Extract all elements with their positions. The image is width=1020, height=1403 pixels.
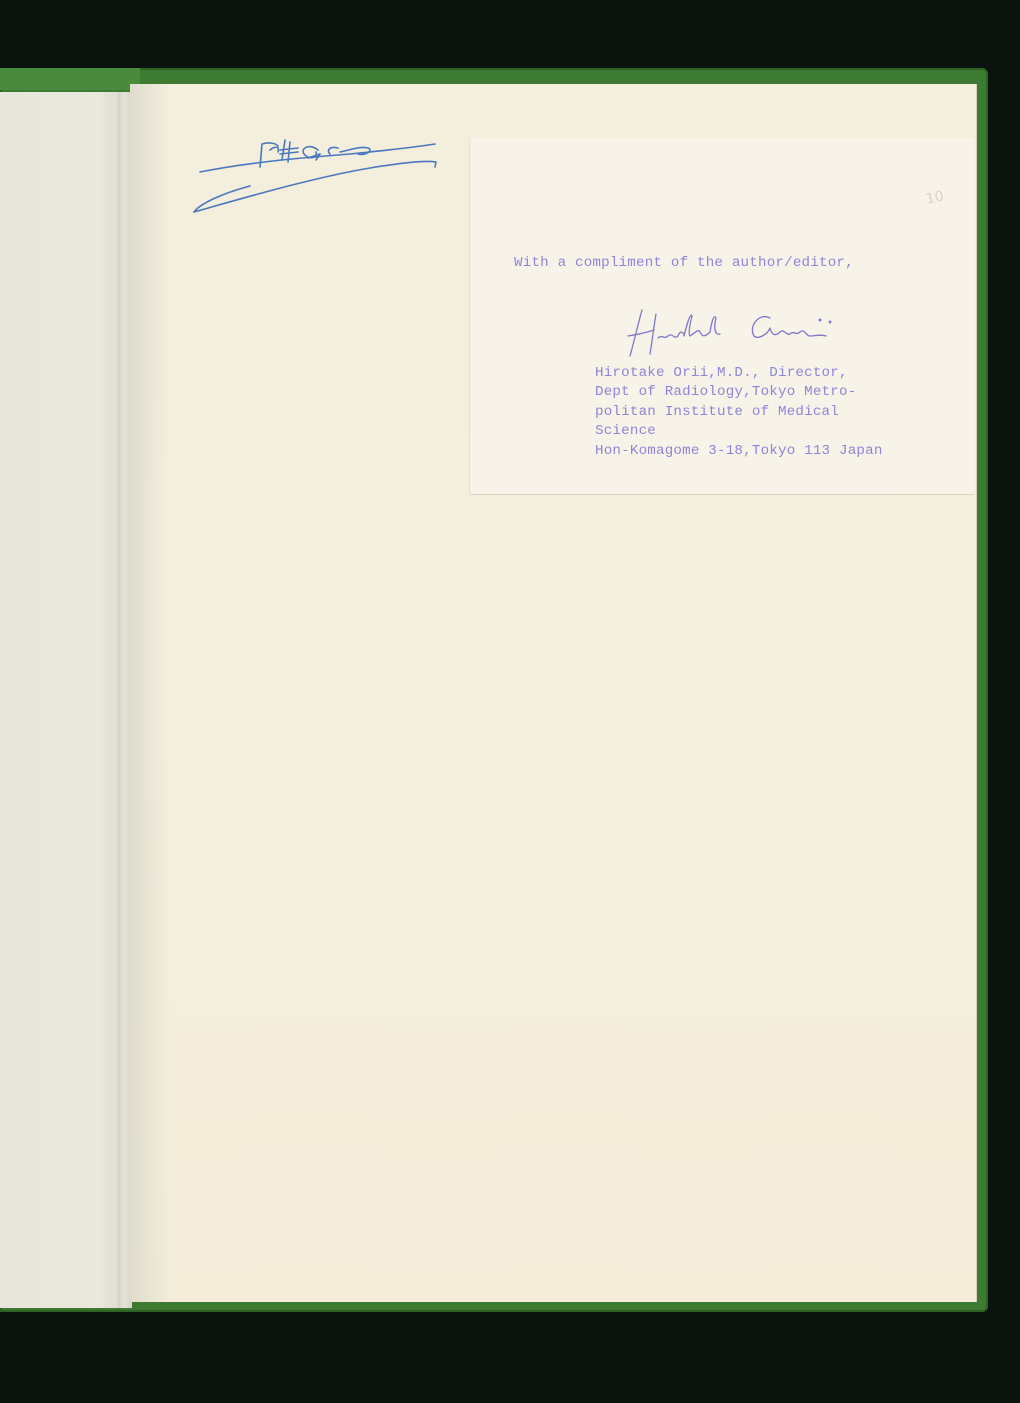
card-greeting: With a compliment of the author/editor,: [514, 255, 854, 271]
pastedown-endpaper: [0, 92, 122, 1308]
address-line: Dept of Radiology,Tokyo Metro-: [595, 383, 883, 402]
address-line: Hon-Komagome 3-18,Tokyo 113 Japan: [595, 442, 883, 461]
address-line: Science: [595, 422, 883, 441]
owner-signature-icon: [190, 132, 445, 217]
pencil-mark: 10: [925, 188, 946, 207]
card-address: Hirotake Orii,M.D., Director, Dept of Ra…: [595, 364, 883, 461]
address-line: Hirotake Orii,M.D., Director,: [595, 364, 883, 383]
cover-spine-edge: [0, 68, 140, 90]
page-gutter-shadow: [130, 84, 170, 1302]
address-line: politan Institute of Medical: [595, 403, 883, 422]
compliment-card: 10 With a compliment of the author/edito…: [470, 138, 974, 494]
author-signature-icon: [620, 306, 850, 364]
